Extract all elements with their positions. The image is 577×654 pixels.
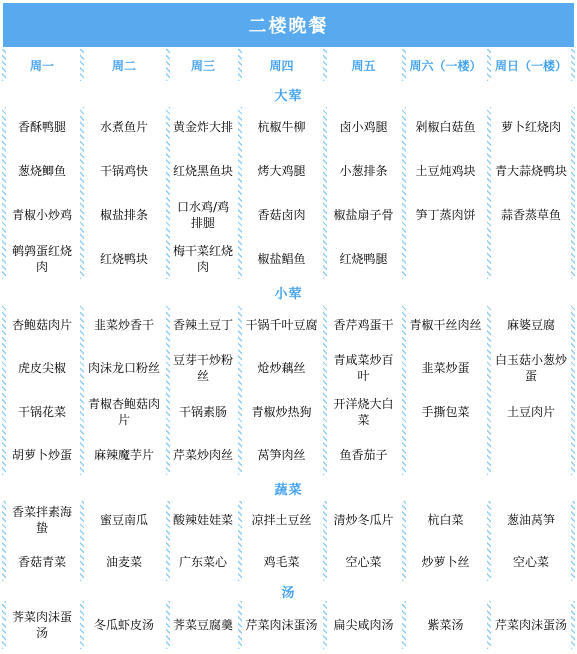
dish-item: 开洋烧大白菜	[324, 390, 403, 434]
dish-label: 香酥鸭腿	[18, 119, 66, 135]
dish-item: 青椒小炒鸡	[3, 193, 81, 237]
dish-label: 冬瓜虾皮汤	[94, 617, 154, 633]
dish-label: 蜜豆南瓜	[100, 512, 148, 528]
dish-label: 凉拌土豆丝	[251, 512, 311, 528]
dish-item: 麻辣魔芋片	[81, 434, 167, 478]
menu-column: 香酥鸭腿葱烧鲫鱼青椒小炒鸡鹌鹑蛋红烧肉	[3, 105, 81, 281]
menu-column: 荠菜肉沫蛋汤	[3, 599, 81, 651]
dish-label: 红烧鸭腿	[339, 251, 387, 267]
dish-item: 青椒炒热狗	[239, 390, 324, 434]
dish-label: 白玉菇小葱炒蛋	[493, 352, 569, 384]
dish-item: 葱油莴笋	[488, 499, 574, 541]
dish-label: 荠菜肉沫蛋汤	[8, 609, 76, 641]
menu-sheet: 二楼晚餐 周一周二周三周四周五周六（一楼）周日（一楼） 大荤香酥鸭腿葱烧鲫鱼青椒…	[0, 0, 577, 654]
menu-column: 杭椒牛柳烤大鸡腿香菇卤肉椒盐鲳鱼	[239, 105, 324, 281]
day-header-cell: 周四	[239, 47, 324, 83]
dish-item: 香辣土豆丁	[167, 303, 239, 347]
dish-label: 芹菜肉沫蛋汤	[495, 617, 567, 633]
dish-item: 口水鸡/鸡排腿	[167, 193, 239, 237]
dish-item: 虎皮尖椒	[3, 347, 81, 391]
dish-item: 麻婆豆腐	[488, 303, 574, 347]
dish-item: 胡萝卜炒蛋	[3, 434, 81, 478]
dish-item: 红烧鸭块	[81, 237, 167, 281]
dish-label: 韭菜炒香干	[94, 317, 154, 333]
dish-item: 手撕包菜	[403, 390, 488, 434]
day-label: 周六（一楼）	[409, 57, 481, 74]
dish-item: 鹌鹑蛋红烧肉	[3, 237, 81, 281]
dish-label: 麻婆豆腐	[507, 317, 555, 333]
dish-label: 红烧鸭块	[100, 251, 148, 267]
dish-item: 梅干菜红烧肉	[167, 237, 239, 281]
dish-label: 鹌鹑蛋红烧肉	[8, 243, 76, 275]
dish-label: 椒盐排条	[100, 207, 148, 223]
dish-item: 土豆炖鸡块	[403, 149, 488, 193]
section-items: 香菜拌素海蛰香菇青菜蜜豆南瓜油麦菜酸辣娃娃菜广东菜心凉拌土豆丝鸡毛菜清炒冬瓜片空…	[3, 499, 574, 583]
dish-label: 开洋烧大白菜	[329, 396, 398, 428]
menu-column: 卤小鸡腿小葱排条椒盐扇子骨红烧鸭腿	[324, 105, 403, 281]
section-items: 荠菜肉沫蛋汤冬瓜虾皮汤荠菜豆腐羹芹菜肉沫蛋汤扁尖咸肉汤紫菜汤芹菜肉沫蛋汤	[3, 599, 574, 651]
dish-item: 红烧鸭腿	[324, 237, 403, 281]
dish-item: 干锅花菜	[3, 390, 81, 434]
menu-column: 麻婆豆腐白玉菇小葱炒蛋土豆肉片	[488, 303, 574, 477]
menu-column: 黄金炸大排红烧黑鱼块口水鸡/鸡排腿梅干菜红烧肉	[167, 105, 239, 281]
section-label-row: 蔬菜	[3, 477, 574, 499]
dish-item: 剁椒白菇鱼	[403, 105, 488, 149]
dish-label: 青椒炒热狗	[251, 404, 311, 420]
dish-label: 椒盐扇子骨	[333, 207, 393, 223]
dish-item: 广东菜心	[167, 541, 239, 583]
page-title: 二楼晚餐	[249, 12, 329, 38]
dish-item: 杭椒牛柳	[239, 105, 324, 149]
dish-item: 香芹鸡蛋干	[324, 303, 403, 347]
dish-item: 荠菜肉沫蛋汤	[3, 599, 81, 651]
dish-item: 蜜豆南瓜	[81, 499, 167, 541]
dish-label: 椒盐鲳鱼	[257, 251, 305, 267]
dish-label: 豆芽干炒粉丝	[172, 352, 234, 384]
dish-item: 水煮鱼片	[81, 105, 167, 149]
dish-item: 干锅千叶豆腐	[239, 303, 324, 347]
dish-item: 紫菜汤	[403, 599, 488, 651]
menu-column: 紫菜汤	[403, 599, 488, 651]
dish-item: 青椒干丝肉丝	[403, 303, 488, 347]
dish-label: 酸辣娃娃菜	[173, 512, 233, 528]
dish-label: 青大蒜烧鸭块	[495, 163, 567, 179]
day-header-row: 周一周二周三周四周五周六（一楼）周日（一楼）	[3, 47, 574, 83]
dish-label: 炝炒藕丝	[257, 360, 305, 376]
dish-item: 白玉菇小葱炒蛋	[488, 347, 574, 391]
menu-column: 荠菜豆腐羹	[167, 599, 239, 651]
dish-label: 红烧黑鱼块	[173, 163, 233, 179]
dish-label: 手撕包菜	[421, 404, 469, 420]
dish-item: 红烧黑鱼块	[167, 149, 239, 193]
dish-item: 烤大鸡腿	[239, 149, 324, 193]
menu-column: 冬瓜虾皮汤	[81, 599, 167, 651]
dish-item: 芹菜炒肉丝	[167, 434, 239, 478]
dish-item: 青大蒜烧鸭块	[488, 149, 574, 193]
dish-label: 杭椒牛柳	[257, 119, 305, 135]
dish-label: 广东菜心	[179, 554, 227, 570]
dish-item: 杏鲍菇肉片	[3, 303, 81, 347]
menu-column: 蜜豆南瓜油麦菜	[81, 499, 167, 583]
dish-item: 椒盐鲳鱼	[239, 237, 324, 281]
dish-label: 胡萝卜炒蛋	[12, 447, 72, 463]
dish-label: 青咸菜炒百叶	[329, 352, 398, 384]
dish-label: 香芹鸡蛋干	[333, 317, 393, 333]
dish-label: 紫菜汤	[427, 617, 463, 633]
dish-label: 萝卜红烧肉	[501, 119, 561, 135]
dish-item: 酸辣娃娃菜	[167, 499, 239, 541]
section-label-row: 汤	[3, 583, 574, 599]
dish-label: 干锅千叶豆腐	[245, 317, 317, 333]
dish-label: 虎皮尖椒	[18, 360, 66, 376]
dish-item: 香菜拌素海蛰	[3, 499, 81, 541]
dish-item: 香菇青菜	[3, 541, 81, 583]
menu-column: 香芹鸡蛋干青咸菜炒百叶开洋烧大白菜鱼香茄子	[324, 303, 403, 477]
dish-label: 黄金炸大排	[173, 119, 233, 135]
day-header-cell: 周二	[81, 47, 167, 83]
menu-column: 杏鲍菇肉片虎皮尖椒干锅花菜胡萝卜炒蛋	[3, 303, 81, 477]
dish-label: 干锅花菜	[18, 404, 66, 420]
dish-item: 芹菜肉沫蛋汤	[488, 599, 574, 651]
dish-item: 杭白菜	[403, 499, 488, 541]
dish-label: 土豆肉片	[507, 404, 555, 420]
dish-item: 椒盐排条	[81, 193, 167, 237]
dish-item: 荠菜豆腐羹	[167, 599, 239, 651]
dish-item: 蒜香蒸草鱼	[488, 193, 574, 237]
dish-item: 笋丁蒸肉饼	[403, 193, 488, 237]
dish-item: 莴笋肉丝	[239, 434, 324, 478]
dish-label: 莴笋肉丝	[257, 447, 305, 463]
dish-label: 香菇青菜	[18, 554, 66, 570]
day-header-cell: 周一	[3, 47, 81, 83]
dish-label: 香菇卤肉	[257, 207, 305, 223]
dish-item: 椒盐扇子骨	[324, 193, 403, 237]
day-header-cell: 周日（一楼）	[488, 47, 574, 83]
dish-label: 肉沫龙口粉丝	[88, 360, 160, 376]
dish-item: 扁尖咸肉汤	[324, 599, 403, 651]
menu-column: 清炒冬瓜片空心菜	[324, 499, 403, 583]
dish-item: 鱼香茄子	[324, 434, 403, 478]
day-label: 周二	[112, 57, 136, 74]
dish-item: 鸡毛菜	[239, 541, 324, 583]
dish-label: 炒萝卜丝	[421, 554, 469, 570]
dish-item: 炝炒藕丝	[239, 347, 324, 391]
dish-item: 豆芽干炒粉丝	[167, 347, 239, 391]
dish-label: 青椒干丝肉丝	[409, 317, 481, 333]
dish-label: 鱼香茄子	[339, 447, 387, 463]
menu-column: 青椒干丝肉丝韭菜炒蛋手撕包菜	[403, 303, 488, 477]
menu-column: 凉拌土豆丝鸡毛菜	[239, 499, 324, 583]
section-label: 大荤	[274, 85, 302, 104]
dish-item: 冬瓜虾皮汤	[81, 599, 167, 651]
dish-label: 口水鸡/鸡排腿	[172, 199, 234, 231]
title-bar: 二楼晚餐	[3, 3, 574, 47]
day-header-cell: 周五	[324, 47, 403, 83]
dish-label: 青椒杏鲍菇肉片	[86, 396, 162, 428]
dish-item: 土豆肉片	[488, 390, 574, 434]
dish-item: 青椒杏鲍菇肉片	[81, 390, 167, 434]
dish-item: 空心菜	[324, 541, 403, 583]
menu-column: 萝卜红烧肉青大蒜烧鸭块蒜香蒸草鱼	[488, 105, 574, 281]
menu-column: 杭白菜炒萝卜丝	[403, 499, 488, 583]
dish-label: 干锅素肠	[179, 404, 227, 420]
section-label: 汤	[281, 582, 295, 601]
dish-item: 炒萝卜丝	[403, 541, 488, 583]
section-items: 香酥鸭腿葱烧鲫鱼青椒小炒鸡鹌鹑蛋红烧肉水煮鱼片干锅鸡快椒盐排条红烧鸭块黄金炸大排…	[3, 105, 574, 281]
dish-item: 香菇卤肉	[239, 193, 324, 237]
menu-column: 芹菜肉沫蛋汤	[239, 599, 324, 651]
dish-item: 干锅鸡快	[81, 149, 167, 193]
menu-column: 水煮鱼片干锅鸡快椒盐排条红烧鸭块	[81, 105, 167, 281]
dish-label: 葱烧鲫鱼	[18, 163, 66, 179]
dish-item: 青咸菜炒百叶	[324, 347, 403, 391]
menu-column: 酸辣娃娃菜广东菜心	[167, 499, 239, 583]
menu-column: 干锅千叶豆腐炝炒藕丝青椒炒热狗莴笋肉丝	[239, 303, 324, 477]
dish-label: 笋丁蒸肉饼	[415, 207, 475, 223]
dish-label: 香菜拌素海蛰	[8, 504, 76, 536]
dish-label: 葱油莴笋	[507, 512, 555, 528]
section-label-row: 大荤	[3, 83, 574, 105]
menu-column: 香菜拌素海蛰香菇青菜	[3, 499, 81, 583]
menu-column: 扁尖咸肉汤	[324, 599, 403, 651]
dish-label: 清炒冬瓜片	[333, 512, 393, 528]
dish-label: 蒜香蒸草鱼	[501, 207, 561, 223]
dish-label: 空心菜	[345, 554, 381, 570]
dish-item: 芹菜肉沫蛋汤	[239, 599, 324, 651]
dish-label: 芹菜肉沫蛋汤	[245, 617, 317, 633]
dish-item: 韭菜炒香干	[81, 303, 167, 347]
dish-label: 杏鲍菇肉片	[12, 317, 72, 333]
dish-label: 梅干菜红烧肉	[172, 243, 234, 275]
section-label-row: 小荤	[3, 281, 574, 303]
menu-column: 剁椒白菇鱼土豆炖鸡块笋丁蒸肉饼	[403, 105, 488, 281]
section-label: 小荤	[274, 283, 302, 302]
day-label: 周日（一楼）	[495, 57, 567, 74]
day-label: 周一	[30, 57, 54, 74]
dish-item: 干锅素肠	[167, 390, 239, 434]
menu-column: 韭菜炒香干肉沫龙口粉丝青椒杏鲍菇肉片麻辣魔芋片	[81, 303, 167, 477]
dish-label: 剁椒白菇鱼	[415, 119, 475, 135]
menu-column: 芹菜肉沫蛋汤	[488, 599, 574, 651]
dish-item: 葱烧鲫鱼	[3, 149, 81, 193]
day-label: 周四	[269, 57, 293, 74]
dish-label: 鸡毛菜	[263, 554, 299, 570]
dish-label: 水煮鱼片	[100, 119, 148, 135]
dish-label: 干锅鸡快	[100, 163, 148, 179]
dish-label: 芹菜炒肉丝	[173, 447, 233, 463]
dish-item: 空心菜	[488, 541, 574, 583]
section-items: 杏鲍菇肉片虎皮尖椒干锅花菜胡萝卜炒蛋韭菜炒香干肉沫龙口粉丝青椒杏鲍菇肉片麻辣魔芋…	[3, 303, 574, 477]
menu-column: 香辣土豆丁豆芽干炒粉丝干锅素肠芹菜炒肉丝	[167, 303, 239, 477]
dish-item: 油麦菜	[81, 541, 167, 583]
dish-item: 韭菜炒蛋	[403, 347, 488, 391]
dish-label: 荠菜豆腐羹	[173, 617, 233, 633]
dish-item: 凉拌土豆丝	[239, 499, 324, 541]
dish-item: 黄金炸大排	[167, 105, 239, 149]
dish-label: 杭白菜	[427, 512, 463, 528]
dish-label: 扁尖咸肉汤	[333, 617, 393, 633]
day-label: 周三	[191, 57, 215, 74]
dish-label: 小葱排条	[339, 163, 387, 179]
day-header-cell: 周三	[167, 47, 239, 83]
dish-label: 土豆炖鸡块	[415, 163, 475, 179]
menu-column: 葱油莴笋空心菜	[488, 499, 574, 583]
dish-label: 空心菜	[513, 554, 549, 570]
menu-sections: 大荤香酥鸭腿葱烧鲫鱼青椒小炒鸡鹌鹑蛋红烧肉水煮鱼片干锅鸡快椒盐排条红烧鸭块黄金炸…	[3, 83, 574, 651]
dish-item: 萝卜红烧肉	[488, 105, 574, 149]
dish-item: 香酥鸭腿	[3, 105, 81, 149]
dish-item: 卤小鸡腿	[324, 105, 403, 149]
dish-label: 青椒小炒鸡	[12, 207, 72, 223]
dish-label: 韭菜炒蛋	[421, 360, 469, 376]
day-header-cell: 周六（一楼）	[403, 47, 488, 83]
dish-item: 肉沫龙口粉丝	[81, 347, 167, 391]
section-label: 蔬菜	[274, 479, 302, 498]
dish-label: 卤小鸡腿	[339, 119, 387, 135]
dish-label: 油麦菜	[106, 554, 142, 570]
dish-label: 烤大鸡腿	[257, 163, 305, 179]
dish-label: 麻辣魔芋片	[94, 447, 154, 463]
dish-label: 香辣土豆丁	[173, 317, 233, 333]
dish-item: 小葱排条	[324, 149, 403, 193]
dish-item: 清炒冬瓜片	[324, 499, 403, 541]
day-label: 周五	[351, 57, 375, 74]
